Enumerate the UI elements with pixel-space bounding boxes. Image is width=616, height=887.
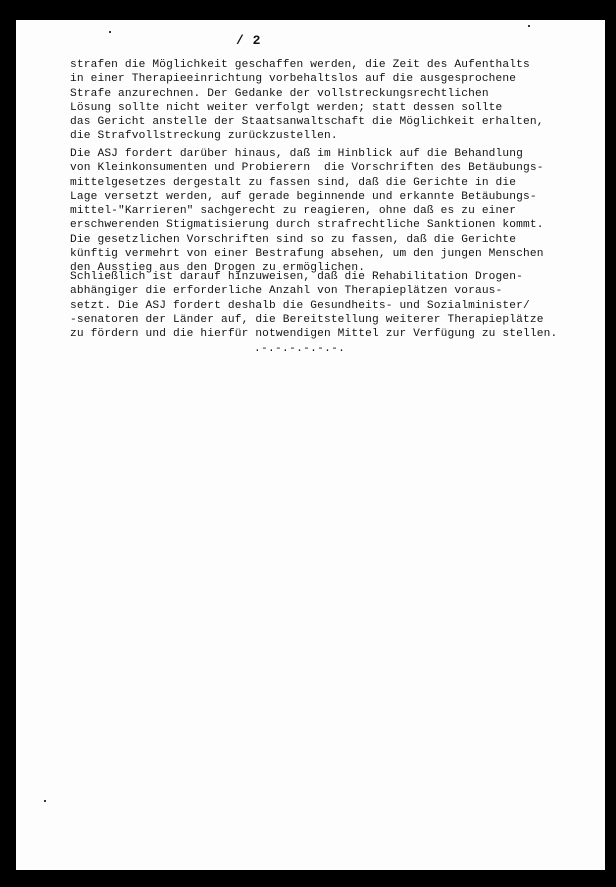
text-line: Lage versetzt werden, auf gerade beginne… xyxy=(70,190,544,204)
paragraph-1: strafen die Möglichkeit geschaffen werde… xyxy=(70,58,544,144)
text-line: erschwerenden Stigmatisierung durch stra… xyxy=(70,218,544,232)
text-line: -senatoren der Länder auf, die Bereitste… xyxy=(70,313,557,327)
paragraph-3: Schließlich ist darauf hinzuweisen, daß … xyxy=(70,270,557,341)
text-line: von Kleinkonsumenten und Probierern die … xyxy=(70,161,544,175)
page-number: / 2 xyxy=(236,33,261,48)
text-line: Die ASJ fordert darüber hinaus, daß im H… xyxy=(70,147,544,161)
text-line: Strafe anzurechnen. Der Gedanke der voll… xyxy=(70,87,544,101)
text-line: in einer Therapieeinrichtung vorbehaltsl… xyxy=(70,72,544,86)
text-line: Die gesetzlichen Vorschriften sind so zu… xyxy=(70,233,544,247)
end-marker: .-.-.-.-.-.-. xyxy=(254,343,345,355)
text-line: Lösung sollte nicht weiter verfolgt werd… xyxy=(70,101,544,115)
text-line: die Strafvollstreckung zurückzustellen. xyxy=(70,129,544,143)
text-line: mittel-"Karrieren" sachgerecht zu reagie… xyxy=(70,204,544,218)
text-line: mittelgesetzes dergestalt zu fassen sind… xyxy=(70,176,544,190)
text-line: strafen die Möglichkeit geschaffen werde… xyxy=(70,58,544,72)
scan-speck xyxy=(109,31,111,33)
text-line: abhängiger die erforderliche Anzahl von … xyxy=(70,284,557,298)
text-line: Schließlich ist darauf hinzuweisen, daß … xyxy=(70,270,557,284)
scanned-page: / 2 strafen die Möglichkeit geschaffen w… xyxy=(16,20,605,870)
scan-speck xyxy=(528,25,530,27)
paragraph-2: Die ASJ fordert darüber hinaus, daß im H… xyxy=(70,147,544,276)
scan-speck xyxy=(44,800,46,802)
text-line: das Gericht anstelle der Staatsanwaltsch… xyxy=(70,115,544,129)
text-line: künftig vermehrt von einer Bestrafung ab… xyxy=(70,247,544,261)
text-line: setzt. Die ASJ fordert deshalb die Gesun… xyxy=(70,299,557,313)
text-line: zu fördern und die hierfür notwendigen M… xyxy=(70,327,557,341)
